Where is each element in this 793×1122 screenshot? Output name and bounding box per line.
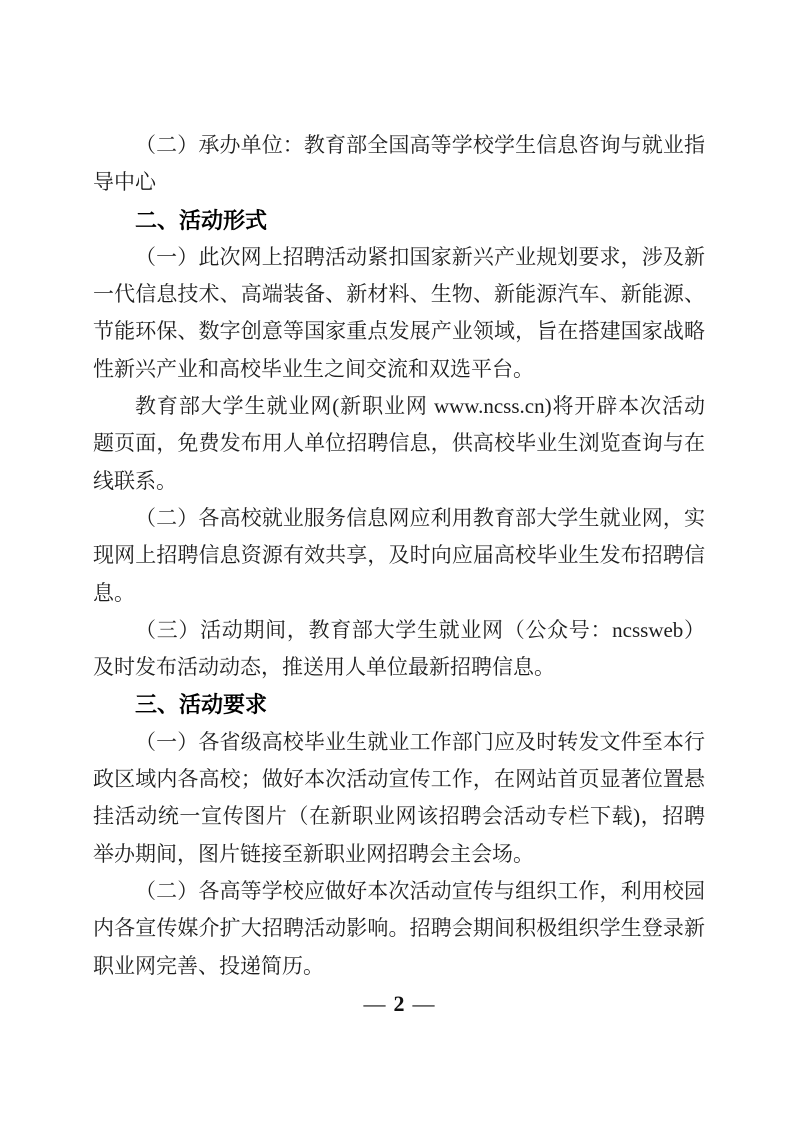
footer-dash-right: —	[408, 991, 440, 1016]
page-number: 2	[391, 991, 408, 1016]
paragraph-line: （二）承办单位：教育部全国高等学校学生信息咨询与就业指	[93, 127, 705, 164]
document-page: （二）承办单位：教育部全国高等学校学生信息咨询与就业指 导中心 二、活动形式 （…	[0, 0, 793, 1122]
paragraph-line: 导中心	[93, 164, 705, 201]
paragraph-line: 节能环保、数字创意等国家重点发展产业领域，旨在搭建国家战略	[93, 313, 705, 350]
paragraph-line: 举办期间，图片链接至新职业网招聘会主会场。	[93, 836, 705, 873]
paragraph-line: 性新兴产业和高校毕业生之间交流和双选平台。	[93, 351, 705, 388]
section-heading: 三、活动要求	[93, 686, 705, 723]
paragraph-line: （二）各高校就业服务信息网应利用教育部大学生就业网，实	[93, 500, 705, 537]
paragraph-line: 教育部大学生就业网(新职业网 www.ncss.cn)将开辟本次活动专	[93, 388, 705, 425]
paragraph-line: 线联系。	[93, 463, 705, 500]
paragraph-line: 政区域内各高校；做好本次活动宣传工作，在网站首页显著位置悬	[93, 761, 705, 798]
footer-dash-left: —	[359, 991, 391, 1016]
section-heading: 二、活动形式	[93, 202, 705, 239]
page-footer: —2—	[93, 985, 705, 1022]
paragraph-line: 挂活动统一宣传图片（在新职业网该招聘会活动专栏下载)，招聘会	[93, 798, 705, 835]
document-body: （二）承办单位：教育部全国高等学校学生信息咨询与就业指 导中心 二、活动形式 （…	[93, 127, 705, 985]
paragraph-line: （一）各省级高校毕业生就业工作部门应及时转发文件至本行	[93, 724, 705, 761]
paragraph-line: 现网上招聘信息资源有效共享，及时向应届高校毕业生发布招聘信	[93, 537, 705, 574]
paragraph-line: 及时发布活动动态，推送用人单位最新招聘信息。	[93, 649, 705, 686]
paragraph-line: 内各宣传媒介扩大招聘活动影响。招聘会期间积极组织学生登录新	[93, 910, 705, 947]
paragraph-line: （一）此次网上招聘活动紧扣国家新兴产业规划要求，涉及新	[93, 239, 705, 276]
paragraph-line: 一代信息技术、高端装备、新材料、生物、新能源汽车、新能源、	[93, 276, 705, 313]
paragraph-line: 职业网完善、投递简历。	[93, 948, 705, 985]
paragraph-line: 题页面，免费发布用人单位招聘信息，供高校毕业生浏览查询与在	[93, 425, 705, 462]
paragraph-line: （二）各高等学校应做好本次活动宣传与组织工作，利用校园	[93, 873, 705, 910]
paragraph-line: （三）活动期间，教育部大学生就业网（公众号：ncssweb）将	[93, 612, 705, 649]
paragraph-line: 息。	[93, 575, 705, 612]
